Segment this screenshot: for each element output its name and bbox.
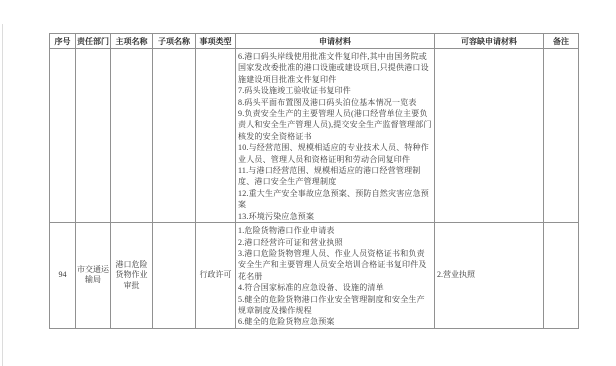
material-item: 5.健全的危险货物港口作业安全管理制度和安全生产规章制度及操作规程 (238, 294, 432, 317)
material-item: 11.与港口经营范围、规模相适应的港口经营管理制度、港口安全生产管理制度 (238, 165, 432, 188)
cell-sub-item (153, 223, 196, 329)
material-item: 9.负责安全生产的主要管理人员(港口经营单位主要负责人和安全生产管理人员),提交… (238, 108, 432, 142)
cell-deferrable: 2.营业执照 (435, 223, 544, 329)
col-header-department: 责任部门 (76, 34, 111, 49)
cell-remarks (544, 49, 579, 223)
material-item: 10.与经营范围、规模相适应的专业技术人员、特种作业人员、管理人员和资格证明和劳… (238, 142, 432, 165)
material-item: 13.环境污染应急预案 (238, 211, 432, 222)
material-item: 4.符合国家标准的应急设备、设施的清单 (238, 282, 432, 293)
cell-matter-type (196, 49, 236, 223)
cell-department: 市交通运输局 (76, 223, 111, 329)
col-header-main-item: 主项名称 (111, 34, 153, 49)
material-item: 1.危险货物港口作业申请表 (238, 225, 432, 236)
cell-department (76, 49, 111, 223)
material-item: 2.港口经营许可证和营业执照 (238, 237, 432, 248)
col-header-remarks: 备注 (544, 34, 579, 49)
cell-seq: 94 (50, 223, 76, 329)
cell-materials: 6.港口码头岸线使用批准文件复印件,其中由国务院或国家发改委批准的港口设施或建设… (236, 49, 435, 223)
cell-remarks (544, 223, 579, 329)
cell-main-item (111, 49, 153, 223)
cell-sub-item (153, 49, 196, 223)
col-header-materials: 申请材料 (236, 34, 435, 49)
table-header-row: 序号 责任部门 主项名称 子项名称 事项类型 申请材料 可容缺申请材料 备注 (50, 34, 579, 49)
cell-seq (50, 49, 76, 223)
table-row-94: 94 市交通运输局 港口危险货物作业审批 行政许可 1.危险货物港口作业申请表2… (50, 223, 579, 329)
document-page: 序号 责任部门 主项名称 子项名称 事项类型 申请材料 可容缺申请材料 备注 6… (0, 0, 616, 366)
material-item: 6.健全的危险货物应急预案 (238, 316, 432, 327)
material-item: 3.港口危险货物管理人员、作业人员资格证书和负责安全生产和主要管理人员安全培训合… (238, 248, 432, 282)
material-item: 12.重大生产安全事故应急预案、预防自然灾害应急预案 (238, 188, 432, 211)
cell-matter-type: 行政许可 (196, 223, 236, 329)
cell-main-item: 港口危险货物作业审批 (111, 223, 153, 329)
material-item: 6.港口码头岸线使用批准文件复印件,其中由国务院或国家发改委批准的港口设施或建设… (238, 51, 432, 85)
col-header-matter-type: 事项类型 (196, 34, 236, 49)
table-row-continuation: 6.港口码头岸线使用批准文件复印件,其中由国务院或国家发改委批准的港口设施或建设… (50, 49, 579, 223)
col-header-deferrable: 可容缺申请材料 (435, 34, 544, 49)
col-header-seq: 序号 (50, 34, 76, 49)
col-header-sub-item: 子项名称 (153, 34, 196, 49)
cell-deferrable (435, 49, 544, 223)
material-item: 7.码头设施竣工验收证书复印件 (238, 85, 432, 96)
page-edge-line (2, 24, 3, 366)
cell-materials: 1.危险货物港口作业申请表2.港口经营许可证和营业执照3.港口危险货物管理人员、… (236, 223, 435, 329)
approval-items-table: 序号 责任部门 主项名称 子项名称 事项类型 申请材料 可容缺申请材料 备注 6… (49, 33, 579, 329)
material-item: 8.码头平面布置图及港口码头泊位基本情况一览表 (238, 97, 432, 108)
